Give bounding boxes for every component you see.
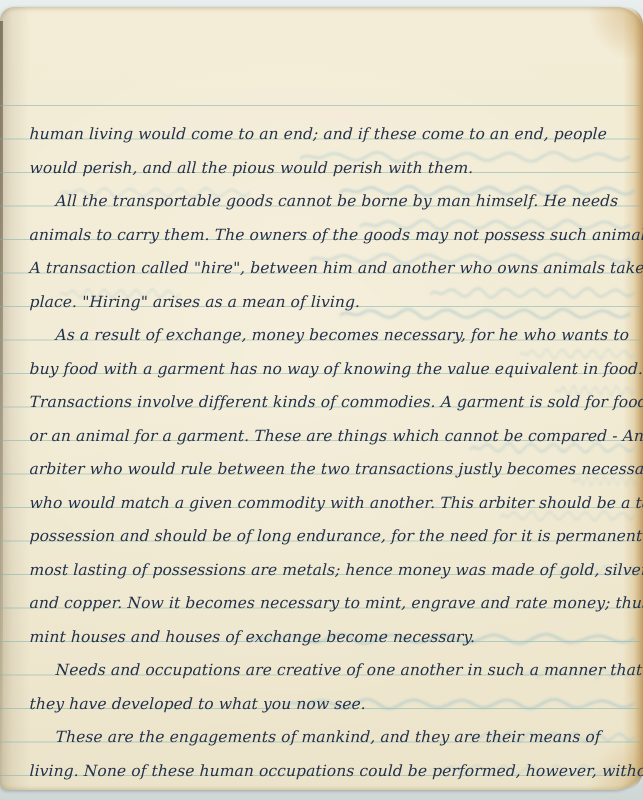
handwritten-line: and copper. Now it becomes necessary to … xyxy=(29,587,638,621)
handwritten-line: These are the engagements of mankind, an… xyxy=(29,721,638,755)
handwritten-line: they have developed to what you now see. xyxy=(29,688,638,722)
handwritten-line: most lasting of possessions are metals; … xyxy=(29,554,638,588)
handwritten-line: or an animal for a garment. These are th… xyxy=(29,420,638,454)
handwritten-line: All the transportable goods cannot be bo… xyxy=(29,185,638,219)
handwritten-text: human living would come to an end; and i… xyxy=(29,118,637,788)
handwritten-line: who would match a given commodity with a… xyxy=(29,487,638,521)
handwritten-line: would perish, and all the pious would pe… xyxy=(29,152,638,186)
handwritten-line: animals to carry them. The owners of the… xyxy=(29,219,638,253)
handwritten-line: A transaction called "hire", between him… xyxy=(29,252,638,286)
handwritten-line: buy food with a garment has no way of kn… xyxy=(29,353,638,387)
handwritten-line: place. "Hiring" arises as a mean of livi… xyxy=(29,286,638,320)
notebook-page: human living would come to an end; and i… xyxy=(0,7,643,790)
handwritten-line: living. None of these human occupations … xyxy=(29,755,638,789)
handwritten-line: human living would come to an end; and i… xyxy=(29,118,638,152)
scan-background: human living would come to an end; and i… xyxy=(0,0,643,800)
handwritten-line: As a result of exchange, money becomes n… xyxy=(29,319,638,353)
handwritten-line: Transactions involve different kinds of … xyxy=(29,386,638,420)
handwritten-line: mint houses and houses of exchange becom… xyxy=(29,621,638,655)
handwritten-line: possession and should be of long enduran… xyxy=(29,520,638,554)
handwritten-line: Needs and occupations are creative of on… xyxy=(29,654,638,688)
handwritten-line: arbiter who would rule between the two t… xyxy=(29,453,638,487)
